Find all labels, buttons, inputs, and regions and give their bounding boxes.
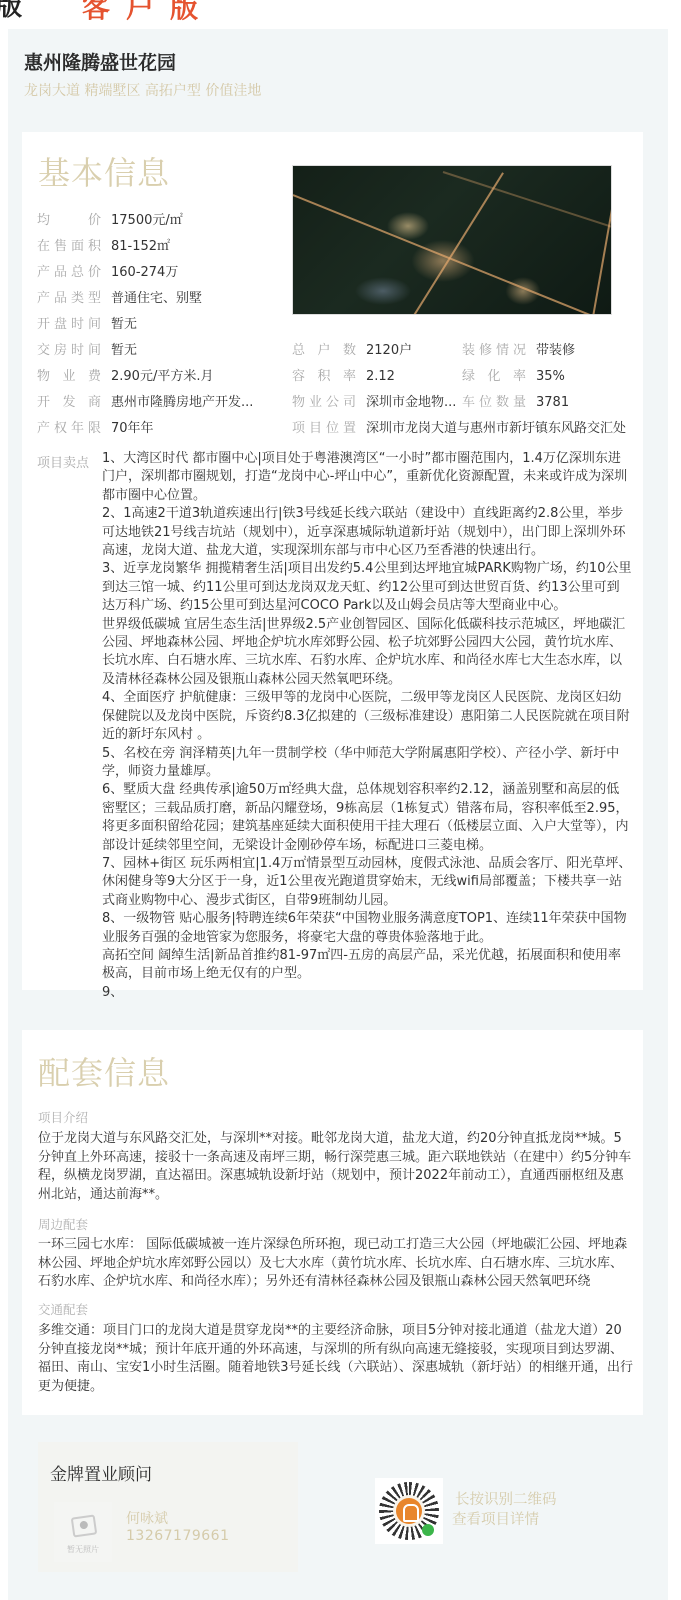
field-value: 普通住宅、别墅 xyxy=(111,291,202,306)
selling-point: 高拓空间 阔绰生活|新品首推约81-97㎡四-五房的高层产品，采光优越，拓展面积… xyxy=(102,947,632,984)
field-label: 开 发 商 xyxy=(37,394,101,412)
field-greening-rate: 绿 化 率35% xyxy=(462,368,565,386)
field-label: 装修情况 xyxy=(462,342,526,360)
field-parking-spaces: 车位数量3781 xyxy=(462,394,569,412)
field-label: 物业公司 xyxy=(292,394,356,412)
field-value: 17500元/㎡ xyxy=(111,213,183,228)
mini-program-icon xyxy=(422,1524,434,1536)
field-label: 在售面积 xyxy=(37,238,101,256)
field-value: 2.90元/平方米.月 xyxy=(111,369,213,384)
field-total-households: 总 户 数2120户 xyxy=(292,342,412,360)
field-value: 160-274万 xyxy=(111,265,178,280)
selling-point: 4、全面医疗 护航健康：三级甲等的龙岗中心医院，二级甲等龙岗区人民医院、龙岗区妇… xyxy=(102,689,632,744)
field-value: 深圳市龙岗大道与惠州市新圩镇东风路交汇处 xyxy=(366,421,626,436)
section-title-basic-info: 基本信息 xyxy=(38,148,170,194)
field-label: 容 积 率 xyxy=(292,368,356,386)
project-title: 惠州隆腾盛世花园 xyxy=(24,48,176,75)
header-right-fragment: 客户版 xyxy=(82,0,214,26)
selling-point: 3、近享龙岗繁华 拥揽精奢生活|项目出发约5.4公里到达坪地宜城PARK购物广场… xyxy=(102,560,632,615)
field-decoration: 装修情况带装修 xyxy=(462,342,575,360)
field-area: 在售面积81-152㎡ xyxy=(37,238,170,256)
field-label: 产品类型 xyxy=(37,290,101,308)
field-developer: 开 发 商惠州市隆腾房地产开发... xyxy=(37,394,253,412)
surroundings-label: 周边配套 xyxy=(38,1215,88,1233)
field-value: 惠州市隆腾房地产开发... xyxy=(111,395,253,410)
field-value: 70年年 xyxy=(111,421,154,436)
road-line xyxy=(592,189,612,315)
selling-point: 7、园林+街区 玩乐两相宜|1.4万㎡情景型互动园林，度假式泳池、品质会客厅、阳… xyxy=(102,855,632,910)
qr-hint-line2: 查看项目详情 xyxy=(452,1508,539,1529)
field-delivery-time: 交房时间暂无 xyxy=(37,342,137,360)
field-average-price: 均 价17500元/㎡ xyxy=(37,212,183,230)
field-product-type: 产品类型普通住宅、别墅 xyxy=(37,290,202,308)
section-title-support-info: 配套信息 xyxy=(38,1048,170,1094)
road-line xyxy=(293,194,600,315)
field-label: 产品总价 xyxy=(37,264,101,282)
selling-point: 2、1高速2干道3轨道疾速出行|铁3号线延长线六联站（建设中）直线距离约2.8公… xyxy=(102,505,632,560)
brand-logo-icon xyxy=(396,1498,422,1524)
field-label: 绿 化 率 xyxy=(462,368,526,386)
field-property-fee: 物 业 费2.90元/平方米.月 xyxy=(37,368,213,386)
selling-point: 世界级低碳城 宜居生态生活|世界级2.5产业创智园区、国际化低碳科技示范城区，坪… xyxy=(102,616,632,690)
advisor-name: 何咏斌 xyxy=(126,1508,168,1528)
field-label: 交房时间 xyxy=(37,342,101,360)
advisor-phone[interactable]: 13267179661 xyxy=(126,1528,229,1544)
field-property-company: 物业公司深圳市金地物... xyxy=(292,394,456,412)
transport-label: 交通配套 xyxy=(38,1300,88,1318)
field-value: 35% xyxy=(536,369,565,384)
field-value: 2.12 xyxy=(366,369,395,384)
project-intro-label: 项目介绍 xyxy=(38,1108,88,1126)
field-value: 81-152㎡ xyxy=(111,239,170,254)
field-label: 物 业 费 xyxy=(37,368,101,386)
field-value: 深圳市金地物... xyxy=(366,395,456,410)
field-total-price: 产品总价160-274万 xyxy=(37,264,178,282)
advisor-card[interactable]: 金牌置业顾问 暂无照片 何咏斌 13267179661 xyxy=(38,1442,298,1572)
photo-placeholder-text: 暂无照片 xyxy=(54,1544,112,1555)
qr-hint-line1: 长按识别二维码 xyxy=(455,1488,557,1509)
field-label: 车位数量 xyxy=(462,394,526,412)
project-night-aerial-image[interactable] xyxy=(292,165,612,315)
photo-placeholder-icon xyxy=(71,1514,98,1537)
field-label: 产权年限 xyxy=(37,420,101,438)
support-info-card: 配套信息 项目介绍 位于龙岗大道与东风路交汇处，与深圳**对接。毗邻龙岗大道，盐… xyxy=(22,1030,643,1415)
field-value: 暂无 xyxy=(111,317,137,332)
mini-program-qr-code[interactable] xyxy=(375,1478,443,1544)
field-value: 3781 xyxy=(536,395,569,410)
advisor-photo-placeholder: 暂无照片 xyxy=(54,1502,112,1562)
field-opening-time: 开盘时间暂无 xyxy=(37,316,137,334)
field-label: 项目位置 xyxy=(292,420,356,438)
field-value: 2120户 xyxy=(366,343,412,358)
field-label: 总 户 数 xyxy=(292,342,356,360)
top-header-strip: 版 客户版 xyxy=(0,0,681,16)
field-location: 项目位置深圳市龙岗大道与惠州市新圩镇东风路交汇处 xyxy=(292,420,626,438)
selling-point: 9、 xyxy=(102,984,632,1002)
project-tags: 龙岗大道 精端墅区 高拓户型 价值洼地 xyxy=(24,80,261,100)
selling-points-label: 项目卖点 xyxy=(37,452,89,471)
selling-point: 5、名校在旁 润泽精英|九年一贯制学校（华中师范大学附属惠阳学校）、产径小学、新… xyxy=(102,745,632,782)
road-line xyxy=(412,172,504,315)
project-intro-text: 位于龙岗大道与东风路交汇处，与深圳**对接。毗邻龙岗大道，盐龙大道，约20分钟直… xyxy=(38,1130,634,1204)
basic-info-card: 基本信息 均 价17500元/㎡ 在售面积81-152㎡ 产品总价160-274… xyxy=(22,132,643,990)
selling-point: 1、大湾区时代 都市圈中心|项目处于粤港澳湾区“一小时”都市圈范围内，1.4万亿… xyxy=(102,450,632,505)
field-value: 带装修 xyxy=(536,343,575,358)
field-label: 均 价 xyxy=(37,212,101,230)
field-property-term: 产权年限70年年 xyxy=(37,420,154,438)
surroundings-text: 一环三园七水库： 国际低碳城被一连片深绿色所环抱，现已动工打造三大公园（坪地碳汇… xyxy=(38,1236,634,1292)
header-left-fragment: 版 xyxy=(0,0,22,23)
selling-points-list: 1、大湾区时代 都市圈中心|项目处于粤港澳湾区“一小时”都市圈范围内，1.4万亿… xyxy=(102,450,632,1002)
transport-text: 多维交通：项目门口的龙岗大道是贯穿龙岗**的主要经济命脉，项目5分钟对接北通道（… xyxy=(38,1322,634,1396)
field-label: 开盘时间 xyxy=(37,316,101,334)
advisor-title: 金牌置业顾问 xyxy=(50,1460,152,1485)
field-value: 暂无 xyxy=(111,343,137,358)
selling-point: 8、一级物管 贴心服务|特聘连续6年荣获“中国物业服务满意度TOP1、连续11年… xyxy=(102,910,632,947)
selling-point: 6、墅质大盘 经典传承|逾50万㎡经典大盘，总体规划容积率约2.12，涵盖别墅和… xyxy=(102,781,632,855)
field-plot-ratio: 容 积 率2.12 xyxy=(292,368,395,386)
